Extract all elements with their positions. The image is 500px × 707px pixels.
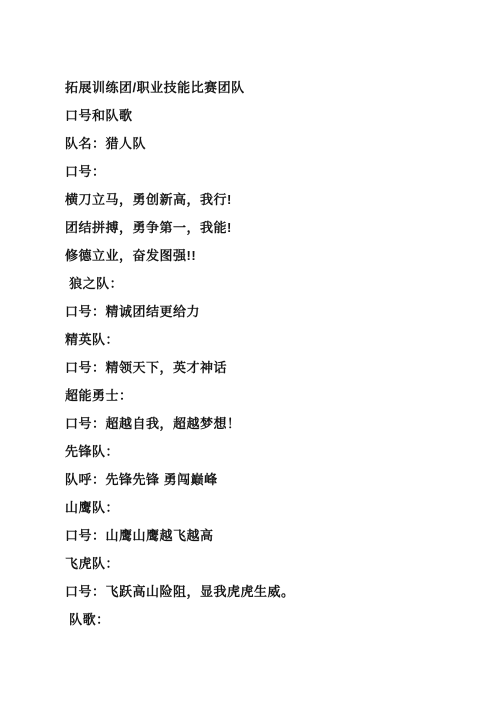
team-name-line: 精英队： <box>65 326 470 354</box>
slogan-line: 口号：超越自我，超越梦想！ <box>65 410 470 438</box>
song-label-line: 队歌： <box>65 606 470 634</box>
team-name-line: 狼之队： <box>65 270 470 298</box>
document-body: 拓展训练团/职业技能比赛团队 口号和队歌 队名：猎人队 口号： 横刀立马，勇创新… <box>65 74 470 634</box>
slogan-line: 修德立业，奋发图强!! <box>65 242 470 270</box>
team-name-line: 飞虎队： <box>65 550 470 578</box>
team-name-line: 山鹰队： <box>65 494 470 522</box>
doc-subtitle-line: 口号和队歌 <box>65 102 470 130</box>
team-name-line: 先锋队： <box>65 438 470 466</box>
team-name-line: 超能勇士： <box>65 382 470 410</box>
slogan-line: 口号：精领天下，英才神话 <box>65 354 470 382</box>
slogan-line: 口号：山鹰山鹰越飞越高 <box>65 522 470 550</box>
document-page: 拓展训练团/职业技能比赛团队 口号和队歌 队名：猎人队 口号： 横刀立马，勇创新… <box>0 0 500 707</box>
slogan-line: 团结拼搏，勇争第一，我能! <box>65 214 470 242</box>
slogan-line: 队呼：先锋先锋 勇闯巅峰 <box>65 466 470 494</box>
slogan-line: 横刀立马，勇创新高，我行! <box>65 186 470 214</box>
slogan-line: 口号：飞跃高山险阻，显我虎虎生威。 <box>65 578 470 606</box>
team-name-line: 队名：猎人队 <box>65 130 470 158</box>
doc-title-line: 拓展训练团/职业技能比赛团队 <box>65 74 470 102</box>
slogan-line: 口号：精诚团结更给力 <box>65 298 470 326</box>
slogan-label-line: 口号： <box>65 158 470 186</box>
